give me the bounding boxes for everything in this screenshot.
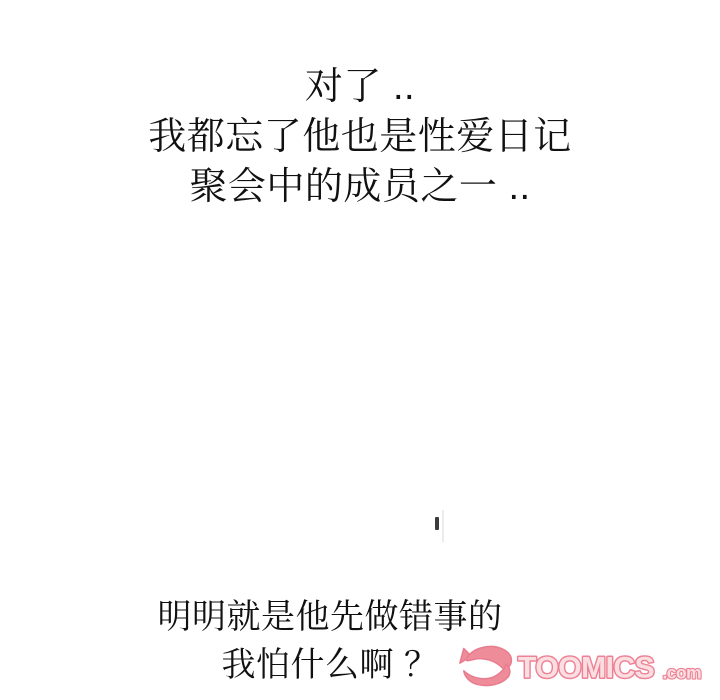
dialogue-top: 对了 .. 我都忘了他也是性爱日记 聚会中的成员之一 .. xyxy=(0,62,720,212)
dialogue-line: 对了 .. xyxy=(0,62,720,112)
toomics-watermark: TOOMICS .com xyxy=(456,642,708,690)
ink-speck-faint xyxy=(442,510,444,542)
dialogue-line: 我都忘了他也是性爱日记 xyxy=(0,112,720,162)
watermark-tld-text: .com xyxy=(662,663,701,683)
dialogue-line: 聚会中的成员之一 .. xyxy=(0,162,720,212)
dialogue-line: 明明就是他先做错事的 xyxy=(0,593,660,641)
toomics-logo-icon xyxy=(460,647,512,686)
ink-speck xyxy=(435,517,439,530)
watermark-brand-text: TOOMICS xyxy=(518,652,654,685)
comic-page: 对了 .. 我都忘了他也是性爱日记 聚会中的成员之一 .. 明明就是他先做错事的… xyxy=(0,0,720,700)
